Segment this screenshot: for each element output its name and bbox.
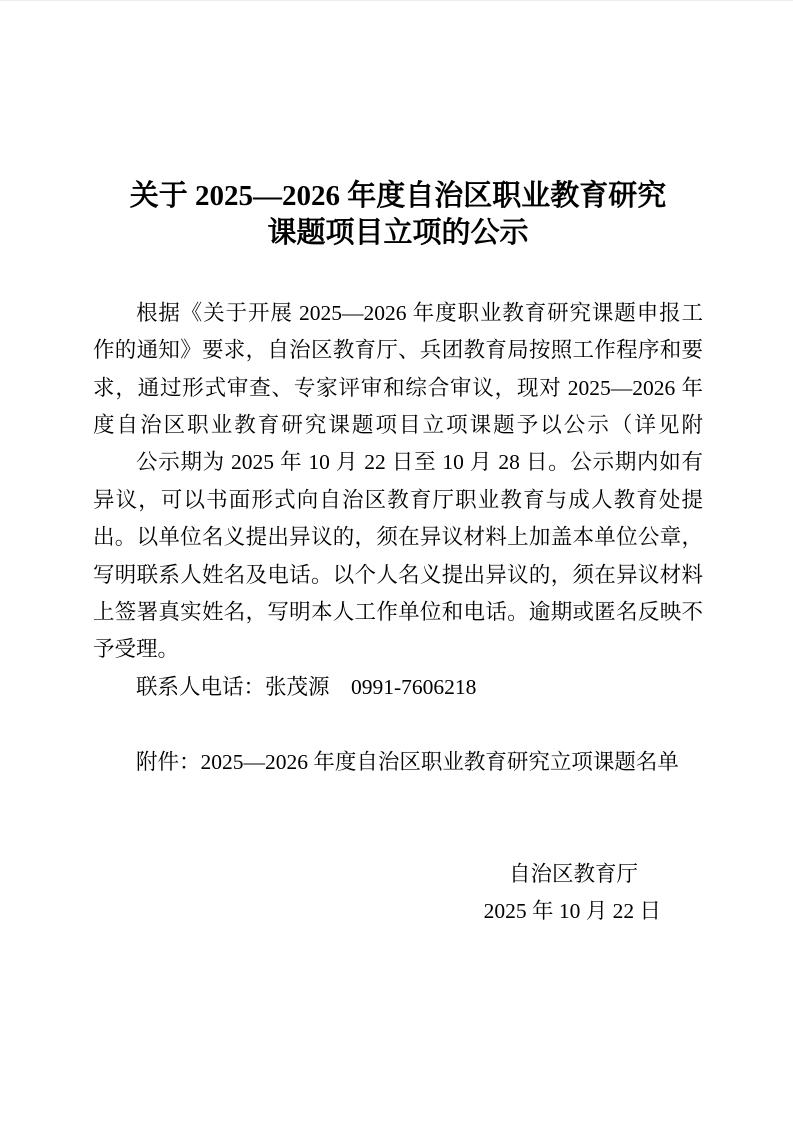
- blank-line: [93, 818, 703, 855]
- issuer-signature: 自治区教育厅: [93, 856, 703, 893]
- title-line-2: 课题项目立项的公示: [93, 215, 703, 252]
- document-body: 根据《关于开展 2025—2026 年度职业教育研究课题申报工 作的通知》要求，…: [93, 295, 703, 931]
- body-line: 根据《关于开展 2025—2026 年度职业教育研究课题申报工: [93, 295, 703, 332]
- contact-line: 联系人电话：张茂源 0991-7606218: [93, 669, 703, 706]
- page-title: 关于 2025—2026 年度自治区职业教育研究 课题项目立项的公示: [93, 178, 703, 253]
- title-body-gap: [93, 253, 703, 295]
- body-line: 上签署真实姓名，写明本人工作单位和电话。逾期或匿名反映不: [93, 594, 703, 631]
- body-line: 求，通过形式审查、专家评审和综合审议，现对 2025—2026 年: [93, 370, 703, 407]
- body-line: 写明联系人姓名及电话。以个人名义提出异议的，须在异议材料: [93, 557, 703, 594]
- body-line: 作的通知》要求，自治区教育厅、兵团教育局按照工作程序和要: [93, 332, 703, 369]
- title-line-1: 关于 2025—2026 年度自治区职业教育研究: [93, 178, 703, 215]
- body-line: 度自治区职业教育研究课题项目立项课题予以公示（详见附件）。: [93, 407, 703, 444]
- body-line: 出。以单位名义提出异议的，须在异议材料上加盖本单位公章，: [93, 519, 703, 556]
- document-page: 关于 2025—2026 年度自治区职业教育研究 课题项目立项的公示 根据《关于…: [0, 0, 793, 1122]
- attachment-line: 附件：2025—2026 年度自治区职业教育研究立项课题名单: [93, 744, 703, 781]
- body-line: 公示期为 2025 年 10 月 22 日至 10 月 28 日。公示期内如有: [93, 444, 703, 481]
- blank-line: [93, 706, 703, 743]
- body-line: 予受理。: [93, 631, 703, 668]
- blank-line: [93, 781, 703, 818]
- body-line: 异议，可以书面形式向自治区教育厅职业教育与成人教育处提: [93, 482, 703, 519]
- issue-date: 2025 年 10 月 22 日: [93, 893, 703, 930]
